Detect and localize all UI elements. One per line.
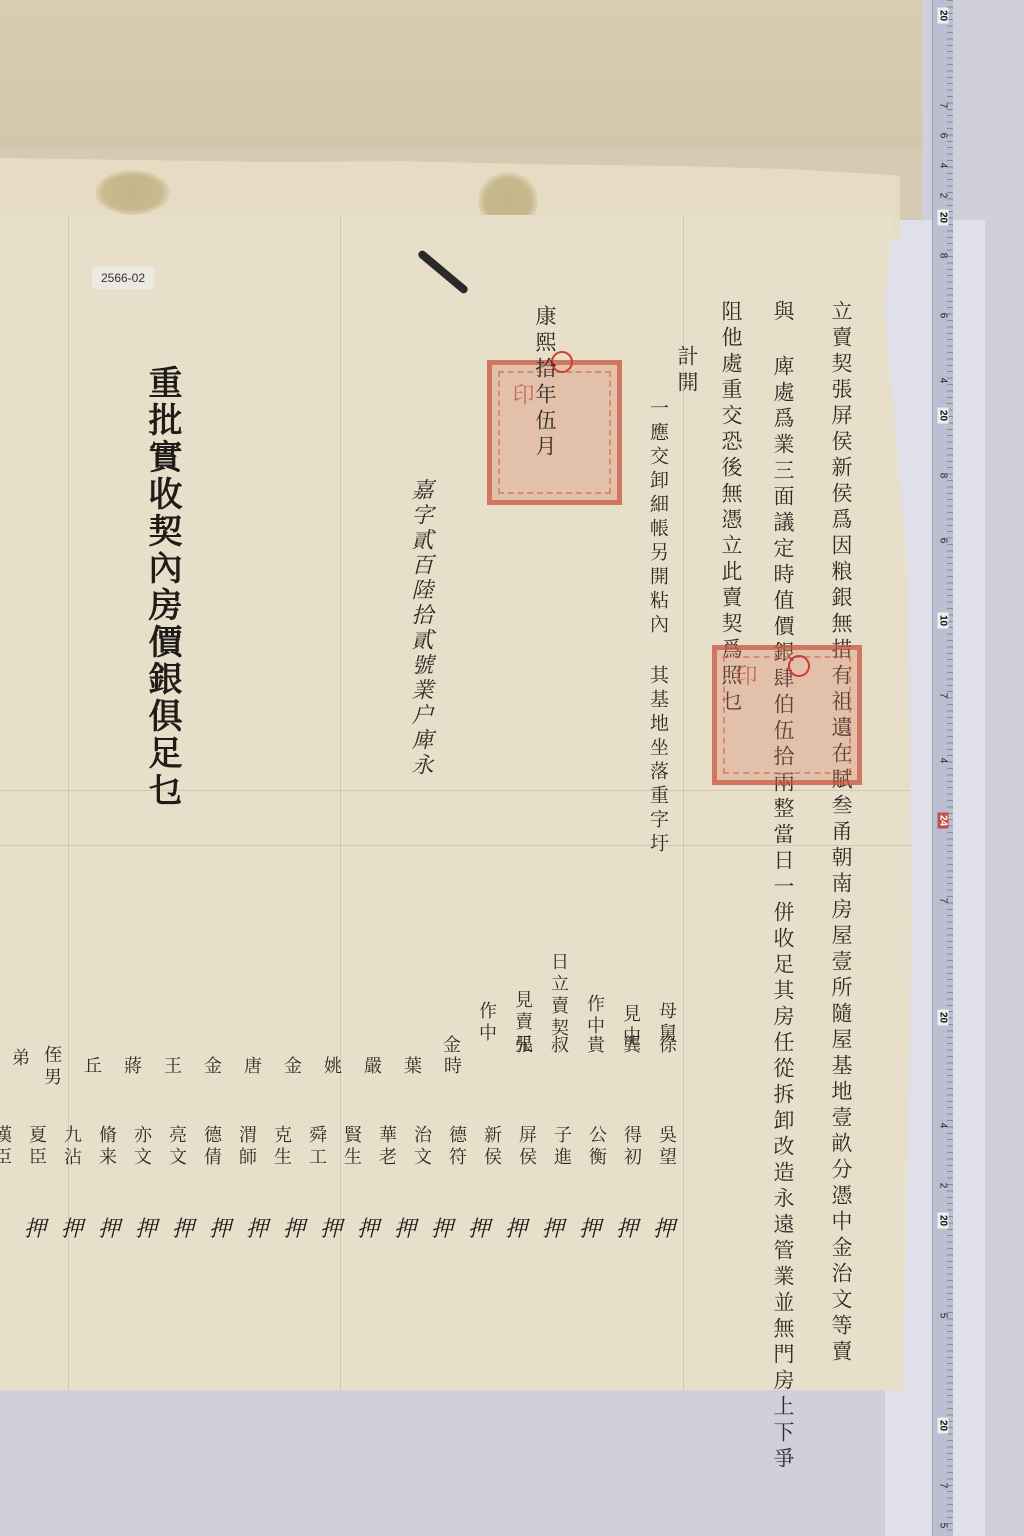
- ruler-tick-label: 20: [938, 1213, 949, 1229]
- signatory-name: 貴: [577, 1035, 607, 1057]
- specimen-label: 2566-02: [92, 267, 154, 289]
- official-seal: 印: [712, 645, 862, 785]
- signature-mark: 押: [316, 1212, 346, 1243]
- ruler-tick-label: 5: [938, 1308, 949, 1324]
- given-name: 克生: [264, 1125, 294, 1169]
- contract-column-5: 一應交卸細帳另開粘內 其基地坐落重字圩: [645, 398, 672, 857]
- ruler-tick-label: 5: [938, 1518, 949, 1534]
- ruler-tick-label: 4: [938, 753, 949, 769]
- signature-mark: 押: [464, 1212, 494, 1243]
- surname: 姚: [314, 1045, 344, 1089]
- signatory-name: 龔: [613, 1035, 643, 1057]
- given-name: 公衡: [579, 1125, 609, 1169]
- ruler-tick-label: 20: [938, 8, 949, 24]
- surname: 蔣: [114, 1045, 144, 1089]
- signatory-name: 叔: [541, 1035, 571, 1057]
- backing-board-top: [0, 0, 922, 150]
- list-heading: 計開: [672, 345, 702, 397]
- given-name: 屏侯: [509, 1125, 539, 1169]
- signature-mark: 押: [205, 1212, 235, 1243]
- registry-number: 嘉字貳百陸拾貳號業户庳永: [405, 478, 436, 778]
- ruler-tick-label: 7: [938, 1478, 949, 1494]
- contract-column-1: 立賣契張屏侯新侯爲因粮銀無措有祖遺在賦叁甬朝南房屋壹所隨屋基地壹畝分憑中金治文等…: [826, 300, 856, 1366]
- given-name: 德符: [439, 1125, 469, 1169]
- given-name: 賢生: [334, 1125, 364, 1169]
- ruler-tick-label: 4: [938, 158, 949, 174]
- contract-date: 康熙拾年伍月: [530, 305, 560, 461]
- given-names-row: 吳望 得初 公衡 子進 屏侯 新侯 德符 治文 華老 賢生 舜工 克生 渭師 德…: [0, 1125, 679, 1169]
- surname: 金: [274, 1045, 304, 1089]
- given-name: 九沾: [54, 1125, 84, 1169]
- given-name: 治文: [404, 1125, 434, 1169]
- given-name: 新侯: [474, 1125, 504, 1169]
- given-name: 華老: [369, 1125, 399, 1169]
- ruler-tick-label: 20: [938, 1010, 949, 1026]
- given-name: 德倩: [194, 1125, 224, 1169]
- signatory-names: 徐 龔 貴 叔 張 金: [433, 1035, 679, 1057]
- ruler-tick-label: 20: [938, 408, 949, 424]
- given-name: 亦文: [124, 1125, 154, 1169]
- surname: 唐: [234, 1045, 264, 1089]
- ruler-tick-label: 7: [938, 98, 949, 114]
- relation-label: 弟: [2, 1048, 32, 1070]
- receipt-note: 重批實收契內房價銀俱足乜: [138, 365, 187, 809]
- ruler-tick-label: 20: [938, 1418, 949, 1434]
- signature-mark: 押: [353, 1212, 383, 1243]
- signature-mark: 押: [390, 1212, 420, 1243]
- ruler-tick-label: 8: [938, 248, 949, 264]
- signatory-name: 張: [505, 1035, 535, 1057]
- surname: 葉: [394, 1045, 424, 1089]
- surname: 時: [434, 1045, 464, 1089]
- signature-mark: 押: [427, 1212, 457, 1243]
- measuring-ruler: 207642208642086107424720422052075: [932, 0, 953, 1536]
- given-name: 渭師: [229, 1125, 259, 1169]
- ruler-tick-label: 6: [938, 308, 949, 324]
- ruler-tick-label: 4: [938, 1118, 949, 1134]
- ruler-tick-label: 8: [938, 468, 949, 484]
- given-name: 脩来: [89, 1125, 119, 1169]
- ruler-tick-label: 6: [938, 128, 949, 144]
- surname: 王: [154, 1045, 184, 1089]
- signature-mark: 押: [649, 1212, 679, 1243]
- given-name: 夏臣: [19, 1125, 49, 1169]
- ruler-tick-label: 20: [938, 210, 949, 226]
- ruler-tick-label: 24: [938, 813, 949, 829]
- given-name: 子進: [544, 1125, 574, 1169]
- given-name: 舜工: [299, 1125, 329, 1169]
- surname-row: 時 葉 嚴 姚 金 唐 金 王 蔣 丘 侄男: [34, 1045, 464, 1089]
- signature-mark: 押: [168, 1212, 198, 1243]
- given-name: 漢臣: [0, 1125, 14, 1169]
- signature-mark: 押: [20, 1212, 50, 1243]
- signature-mark: 押: [94, 1212, 124, 1243]
- surname: 嚴: [354, 1045, 384, 1089]
- signatory-name: [469, 1035, 499, 1057]
- surname: 金: [194, 1045, 224, 1089]
- ruler-tick-label: 10: [938, 613, 949, 629]
- signature-mark: 押: [575, 1212, 605, 1243]
- signature-marks-row: 押 押 押 押 押 押 押 押 押 押 押 押 押 押 押 押 押 押: [20, 1212, 679, 1243]
- given-name: 亮文: [159, 1125, 189, 1169]
- signatory-name: 徐: [649, 1035, 679, 1057]
- signature-mark: 押: [612, 1212, 642, 1243]
- seal-ring-mark: [788, 655, 810, 677]
- water-stain: [95, 170, 170, 215]
- ruler-tick-label: 2: [938, 1178, 949, 1194]
- signature-mark: 押: [501, 1212, 531, 1243]
- signature-mark: 押: [242, 1212, 272, 1243]
- signature-mark: 押: [57, 1212, 87, 1243]
- given-name: 得初: [614, 1125, 644, 1169]
- signature-mark: 押: [538, 1212, 568, 1243]
- surname: 丘: [74, 1045, 104, 1089]
- ruler-tick-label: 4: [938, 373, 949, 389]
- relation-label: 侄男: [34, 1045, 64, 1089]
- ruler-tick-label: 2: [938, 188, 949, 204]
- ruler-tick-label: 6: [938, 533, 949, 549]
- ruler-tick-label: 7: [938, 893, 949, 909]
- signature-mark: 押: [131, 1212, 161, 1243]
- given-name: 吳望: [649, 1125, 679, 1169]
- ruler-tick-label: 7: [938, 688, 949, 704]
- signature-mark: 押: [279, 1212, 309, 1243]
- contract-column-2: 與 庳處爲業三面議定時值價銀肆伯伍拾兩整當日一併收足其房任從拆卸改造永遠管業並無…: [768, 300, 798, 1473]
